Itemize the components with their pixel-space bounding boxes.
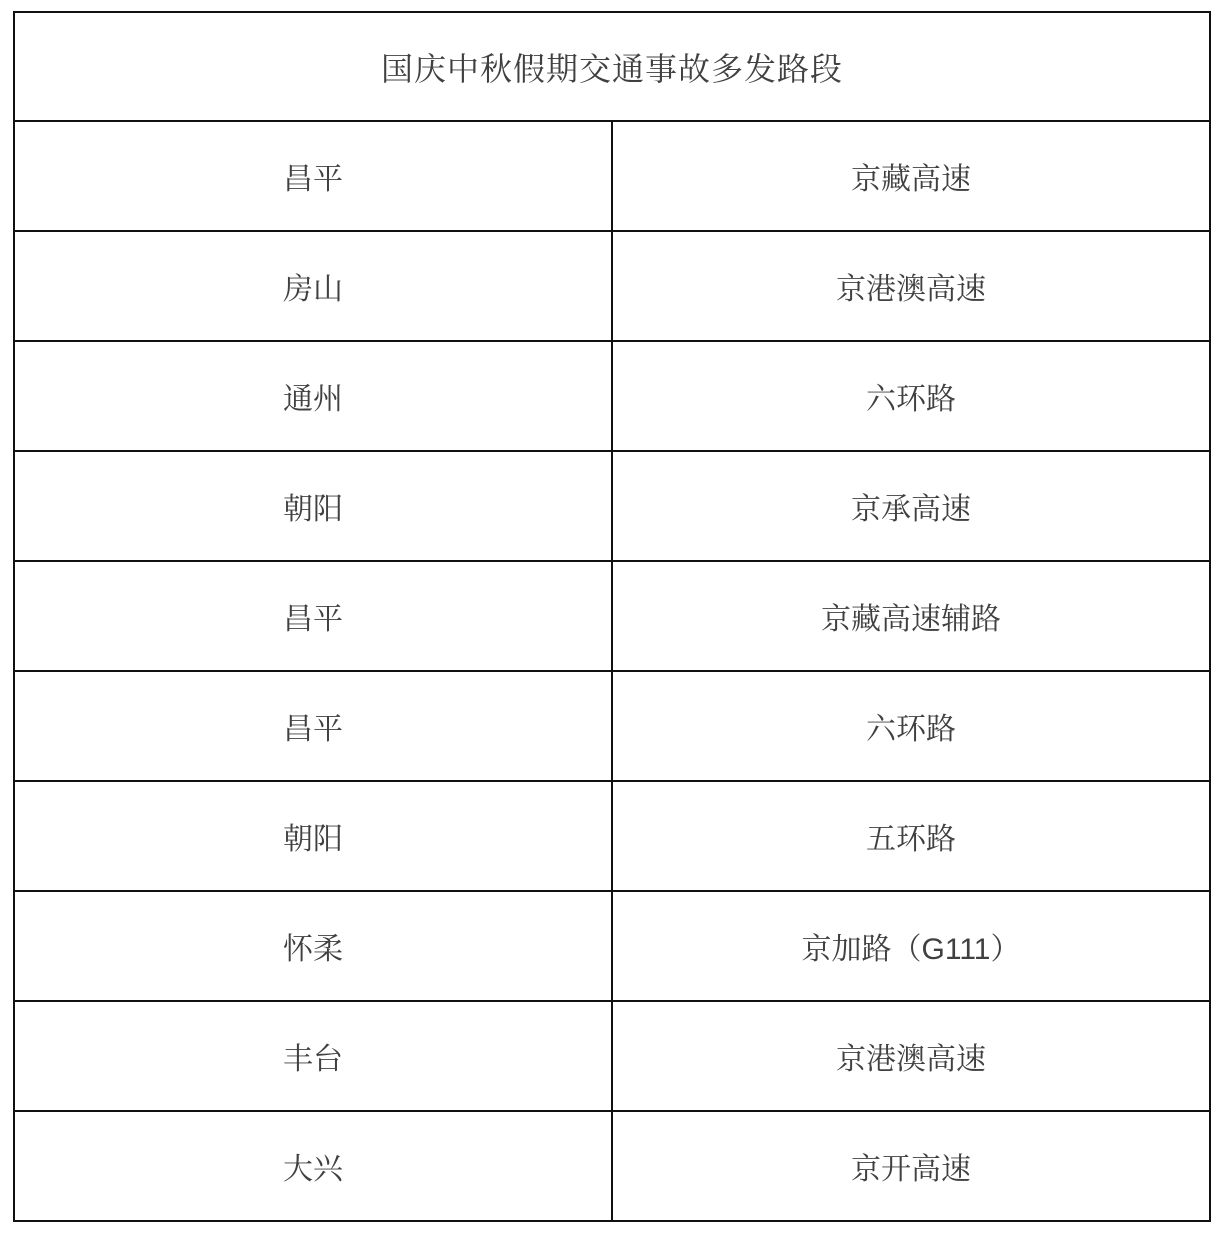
road-cell: 五环路 [612,781,1210,891]
table-row: 朝阳五环路 [14,781,1210,891]
road-cell: 六环路 [612,341,1210,451]
table-row: 大兴京开高速 [14,1111,1210,1221]
road-cell: 京港澳高速 [612,231,1210,341]
district-cell: 昌平 [14,121,612,231]
table-row: 昌平六环路 [14,671,1210,781]
table-body: 昌平京藏高速房山京港澳高速通州六环路朝阳京承高速昌平京藏高速辅路昌平六环路朝阳五… [14,121,1210,1221]
table-title: 国庆中秋假期交通事故多发路段 [14,12,1210,121]
district-cell: 大兴 [14,1111,612,1221]
road-cell: 京藏高速辅路 [612,561,1210,671]
table-row: 房山京港澳高速 [14,231,1210,341]
district-cell: 通州 [14,341,612,451]
table-row: 丰台京港澳高速 [14,1001,1210,1111]
accident-table: 国庆中秋假期交通事故多发路段 昌平京藏高速房山京港澳高速通州六环路朝阳京承高速昌… [13,11,1211,1222]
road-cell: 六环路 [612,671,1210,781]
title-row: 国庆中秋假期交通事故多发路段 [14,12,1210,121]
district-cell: 朝阳 [14,781,612,891]
road-cell: 京藏高速 [612,121,1210,231]
table-row: 朝阳京承高速 [14,451,1210,561]
road-cell: 京开高速 [612,1111,1210,1221]
table-row: 怀柔京加路（G111） [14,891,1210,1001]
district-cell: 朝阳 [14,451,612,561]
road-cell: 京加路（G111） [612,891,1210,1001]
district-cell: 怀柔 [14,891,612,1001]
district-cell: 房山 [14,231,612,341]
district-cell: 昌平 [14,671,612,781]
road-cell: 京承高速 [612,451,1210,561]
district-cell: 丰台 [14,1001,612,1111]
table-row: 通州六环路 [14,341,1210,451]
road-cell: 京港澳高速 [612,1001,1210,1111]
table-header: 国庆中秋假期交通事故多发路段 [14,12,1210,121]
table-row: 昌平京藏高速辅路 [14,561,1210,671]
table-row: 昌平京藏高速 [14,121,1210,231]
district-cell: 昌平 [14,561,612,671]
